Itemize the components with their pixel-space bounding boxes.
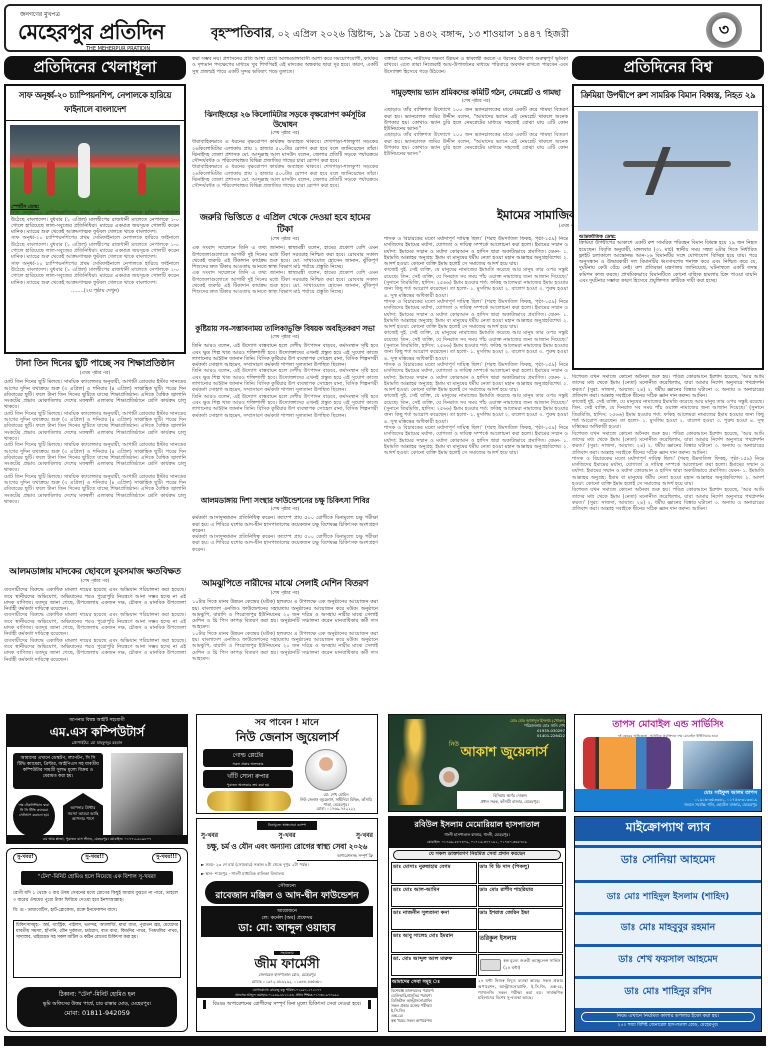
ad-akash-jewellers[interactable]: মোঃ মোঃ আসাদুল ইসলাম (খোকন) পরিচালনায় ম…: [388, 714, 566, 812]
kushtia-body: তিনি আরও বলেন, এই উদ্যোগ বাস্তবায়ন হলে …: [192, 343, 378, 368]
schools-body-cont: মোট তিন দিনের ছুটি মিলছে। সাময়িক ক্যালে…: [4, 411, 186, 442]
lab-banner: নিয়ম এখানে নিয়মিত কালার ডপলার ইকো করা …: [581, 1012, 755, 1022]
sports-headline: সাফ অনূর্ধ্ব-২০ চ্যাম্পিয়নশিপ, নেপালকে …: [6, 86, 184, 121]
ad-taps-mobile[interactable]: তাপস মোবাইল এন্ড সার্ভিসিং দুই বছরের অভি…: [574, 714, 762, 812]
doctor-card: ডাঃ ইশরাত জেরিন ইভা: [478, 908, 564, 930]
taps-footer: মোঃ সাইফুল আলম তাপস ০১৯১৬-৩৫৩৩৬১, ০১৭৫৩-…: [575, 789, 761, 811]
kushtia-headline: কুষ্টিয়ায় সব-সম্ভাবনাময় তালিকাভুক্তি …: [192, 324, 378, 334]
sewing-headline: আমঝুপিতে নারীদের মাঝে সেলাই মেশিন বিতরণ: [192, 578, 378, 590]
imam-body-cont: শাসক ও বিচারকের মতো মর্যাদাপূর্ণ দায়িত্…: [384, 362, 568, 393]
akash-header: মোঃ মোঃ আসাদুল ইসলাম (খোকন) পরিচালনায় ম…: [481, 718, 565, 738]
courtesy-org: রাবেজান মঞ্জিল ও আদ-দ্বীন ফাউন্ডেশন: [207, 891, 367, 902]
lab-doctor: ডাঃ মোঃ শাহিদুল ইসলাম (শাহিদ): [575, 883, 761, 915]
dateline-day: বৃহস্পতিবার: [211, 26, 272, 41]
article-damurhuda: দামুড়হুদায় ভ্যান শ্রমিকদের কমিটি গঠন, …: [384, 88, 568, 206]
imam-body: শাসক ও বিচারকের মতো মর্যাদাপূর্ণ দায়িত্…: [384, 236, 568, 267]
imam-body-col2-text: বিশেষত যখন সমাজে কোনো অনৈক্য শুরু হয়। প…: [572, 374, 764, 399]
eye-camp-sub: (শেষ পৃষ্ঠার পর): [192, 507, 378, 513]
schools-body-cont: মোট তিন দিনের ছুটি মিলছে। সাময়িক ক্যালে…: [4, 474, 186, 505]
doctor-card: ডাঃ বি ডি দাস (পিকলু): [478, 862, 564, 884]
hospital-header: রবিউল ইসলাম মেমোরিয়াল হাসপাতাল গাংনী হা…: [389, 817, 565, 848]
article-eye-camp: আলমডাঙ্গায় দিশা সংস্থার ফাউন্ডেশনের চক্…: [192, 496, 378, 576]
ms-footer: এম আর প্লাজা, পুরাতন বাস স্ট্যান্ড, মেহে…: [7, 835, 187, 843]
computer-products-photo: [111, 753, 183, 837]
contact-2: প্রফেসর আব্দুল ওয়াহাব-০১৯৪৯-৮৮২১৫৩, প্র…: [198, 993, 376, 998]
schools-body: মোট তিন দিনের ছুটি মিলছে। সাময়িক ক্যালে…: [4, 379, 186, 410]
jenas-tag2: খাঁটি সোনা রুপারপুরাতন অলংকার ক্রয় করা …: [203, 770, 293, 788]
lab-doctor: ডাঃ সোনিয়া আহমেদ: [575, 848, 761, 883]
lab-doctor: ডাঃ মোঃ মাহবুবুর রহমান: [575, 915, 761, 947]
sports-body-text: সাফ অনূর্ধ্ব-২০ চ্যাম্পিয়নশিপের প্রথম স…: [11, 210, 179, 235]
hospital-services: আমাদের সেবা সমূহ ঃ বিশেষজ্ঞ ডাক্তারদের প…: [389, 976, 565, 1025]
homeo-address: ভূমি অফিসের উত্তর পার্শ্বে, চার রাস্তার …: [17, 1000, 177, 1009]
article-kushtia: কুষ্টিয়ায় সব-সম্ভাবনাময় তালিকাভুক্তি …: [192, 324, 378, 494]
doctor-card: ডাঃ মোঃ রাশীব শাহরিয়ার: [478, 885, 564, 907]
homeo-badge-2: সু-খবর!!: [81, 853, 108, 863]
su-khobor-2: সু-খবর: [278, 830, 295, 841]
player-figure: [78, 143, 90, 198]
schools-headline: টানা তিন দিনের ছুটি পাচ্ছে সব শিক্ষাপ্রত…: [4, 358, 186, 370]
health-camp-time: ► সময়- ২৩ শে মার্চ (সোমবার) সকাল ৮টা থে…: [197, 861, 377, 870]
damurhuda-sub: (শেষ পৃষ্ঠার পর): [384, 99, 568, 105]
article-schools-closed: টানা তিন দিনের ছুটি পাচ্ছে সব শিক্ষাপ্রত…: [4, 358, 186, 558]
sports-article-box: সাফ অনূর্ধ্ব-২০ চ্যাম্পিয়নশিপ, নেপালকে …: [4, 84, 186, 354]
section-header-world: প্রতিদিনের বিশ্ব: [572, 56, 764, 80]
imam-body-cont: কাজেই দুই. সেই ব্যক্তি, যে মানুষের নামাজ…: [384, 393, 568, 424]
ms-name: এম.এস কম্পিউটার্স: [7, 724, 187, 740]
hospital-address: গাংনী হাসপাতাল বাজার, গাংনী, মেহেরপুর।: [391, 832, 563, 839]
plane-fuselage: [623, 161, 731, 167]
imam-body-cont: শাসক ও বিচারকের মতো মর্যাদাপূর্ণ দায়িত্…: [384, 299, 568, 330]
homeo-address-box: ঠিকানা: "টেন"-মিনিট হোমিও হল ভূমি অফিসের…: [17, 987, 177, 1027]
homeo-banner: "টেন"-মিনিট হোমিও হলে নিয়েছে এক বিশাল স…: [21, 871, 173, 885]
player-figure: [24, 159, 32, 194]
jenas-phone: মোবা: ০১৭৬৯-৭৪২২২২: [297, 807, 375, 812]
alamdanga-headline: আলমডাঙ্গায় মাদকের ছোবলে যুবসমাজ ক্ষতবিক…: [4, 566, 186, 578]
page-number: ৩: [712, 18, 736, 42]
eye-camp-body: কর্মকর্তা আসাদুজ্জামান প্রতিনিধিত্ব করেন…: [192, 515, 378, 534]
vaccine-body-cont: এক সংবাদ সম্মেলনে তিনি এ তথ্য জানান। স্ব…: [192, 270, 378, 295]
services-items: বিশেষজ্ঞ ডাক্তারদের পরামর্শ। ডেলিভারি/প্…: [391, 988, 476, 1023]
jhenaidah-body: ধারাবাহিকভাবে এ ধরনের বৃক্ষরোপণ কার্যক্র…: [192, 139, 378, 164]
ad-new-jenas-jewellers[interactable]: সব পাবেন ! মানে নিউ জেনাস জুয়েলার্স গোল…: [196, 714, 378, 814]
jhenaidah-sub: (শেষ পৃষ্ঠার পর): [192, 131, 378, 137]
dateline: বৃহস্পতিবার, ০২ এপ্রিল ২০২৬ খ্রিষ্টাব্দ,…: [211, 24, 569, 45]
newspaper-page: জনগণের মুখপত্র মেহেরপুর প্রতিদিন THE MEH…: [0, 0, 768, 1058]
imam-body-cont: কাজেই দুই. সেই ব্যক্তি, যে মানুষের নামাজ…: [572, 399, 764, 430]
hospital-doctor-grid: ডাঃ মোসাঃ নুরুন্নাহার বেগম ডাঃ বি ডি দাস…: [389, 862, 565, 976]
pharmacy-address: জেনারেল হাসপাতাল রোড, মেহেরপুর: [197, 972, 377, 979]
sports-body-text-cont: সাফ অনূর্ধ্ব-২০ চ্যাম্পিয়নশিপের প্রথম স…: [11, 235, 179, 260]
kushtia-body-cont: তিনি আরও বলেন, এই উদ্যোগ বাস্তবায়ন হলে …: [192, 368, 378, 393]
taps-name: তাপস মোবাইল এন্ড সার্ভিসিং: [575, 715, 761, 733]
pharmacy-name: জীম ফার্মেসী: [197, 958, 377, 972]
ambulance-card: স্বল্প মূল্যে জরুরী অ্যাম্বুলেন্স সার্ভি…: [478, 954, 564, 976]
kushtia-sub: (শেষ পৃষ্ঠার পর): [192, 335, 378, 341]
jenas-tag1: গোল্ড প্লেটেরসকল প্রকার অলংকার: [203, 749, 293, 767]
homeo-guarantee: রোগী যদি ১ থেকে ৩ বার ঔষধ সেবনের মধ্যে র…: [7, 889, 187, 906]
homeo-address-title: ঠিকানা: "টেন"-মিনিট হোমিও হল: [17, 991, 177, 1000]
dateline-date: , ০২ এপ্রিল ২০২৬ খ্রিষ্টাব্দ, ১৯ চৈত্র ১…: [272, 29, 569, 40]
article-jhenaidah: ঝিনাইদহের ২৬ কিলোমিটার সড়কে বৃক্ষরোপণ ক…: [192, 110, 378, 210]
masthead: জনগণের মুখপত্র মেহেরপুর প্রতিদিন THE MEH…: [4, 4, 762, 52]
sports-body-text-cont: সাফ অনূর্ধ্ব-২০ চ্যাম্পিয়নশিপের প্রথম স…: [11, 261, 179, 286]
jenas-name: নিউ জেনাস জুয়েলার্স: [197, 730, 377, 744]
health-camp-organizer: আয়োজনে লে: কর্নেল (অব) প্রফেসর ডা: মো: …: [201, 906, 373, 937]
health-camp-fee: অপারেশনসহ সম্পূর্ণ ফ্রি: [297, 853, 377, 861]
pharmacy-phone: মোবাঃ ০১৯৭২-৪৮৯২৯২, ০১৩৪৪-৪৬৫৬৮০: [197, 979, 377, 986]
alamdanga-body-cont: ব্যবসায়ীদের বিরুদ্ধে একাধিক মামলা দায়ে…: [4, 638, 186, 663]
crimea-headline: ক্রিমিয়া উপদ্বীপে রুশ সামরিক বিমান বিধ্…: [574, 86, 762, 107]
health-camp-courtesy: সৌজন্যে রাবেজান মঞ্জিল ও আদ-দ্বীন ফাউন্ড…: [205, 881, 369, 904]
ms-header: আপনার বিশ্বস্ত আইটি সহযোগী এম.এস কম্পিউট…: [7, 715, 187, 747]
health-camp-contacts: যোগাযোগে: রাবেজু বন্ধু পরিষদ-০১৯৮১-১৭২১৭…: [197, 987, 377, 998]
damurhuda-body-cont: এছাড়াও তাঁর ব্যক্তিগত উদ্যোগে ১০০ জন ভ্…: [384, 132, 568, 157]
imam-body-col2: বিশেষত যখন সমাজে কোনো অনৈক্য শুরু হয়। প…: [572, 374, 764, 710]
pharmacy-block: সহায়তায় জীম ফার্মেসী জেনারেল হাসপাতাল …: [197, 939, 377, 986]
newspaper-logo-english: THE MEHERPUR PRATIDIN: [86, 44, 150, 52]
homeo-treatments: চিকিৎসাসমূহ:- অর্শ্ব, গ্যাস্ট্রিক, পাইলস…: [13, 920, 181, 978]
lab-footer: নিয়ম এখানে নিয়মিত কালার ডপলার ইকো করা …: [575, 1010, 761, 1031]
vaccine-sub: (শেষ পৃষ্ঠার পর): [192, 237, 378, 243]
schools-body-cont: মোট তিন দিনের ছুটি মিলছে। সাময়িক ক্যালে…: [4, 442, 186, 473]
article-vaccine: জরুরি ভিত্তিতে ৫ এপ্রিল থেকে দেওয়া হবে …: [192, 212, 378, 322]
plane-photo: [578, 111, 758, 231]
pharmacy-label: সহায়তায়: [274, 951, 299, 955]
vaccine-body: এক সংবাদ সম্মেলনে তিনি এ তথ্য জানান। স্ব…: [192, 245, 378, 270]
sewing-body: ১০টার দিকে মানব উন্নয়ন কেন্দ্রের (মউক) …: [192, 599, 378, 630]
health-camp-su-row: সু-খবর সু-খবর সু-খবর: [197, 830, 377, 841]
ms-body: আমাদের এখানে ডেস্কটপ, ল্যাপটপ, সি সি টিভ…: [13, 753, 103, 789]
ms-circle-cctv: দক্ষ টেকনিশিয়ান দ্বারা সি সি টিভি ক্যাম…: [13, 795, 55, 837]
imam-body-cont: কাজেই দুই. সেই ব্যক্তি, যে মানুষের নামাজ…: [384, 267, 568, 298]
ad-robiul-hospital[interactable]: রবিউল ইসলাম মেমোরিয়াল হাসপাতাল গাংনী হা…: [388, 816, 566, 1032]
crimea-body-text: ক্রিমিয়া উপদ্বীপের আকাশে একটি রুশ সামরি…: [579, 240, 757, 284]
gold-jewellery-image: [207, 791, 291, 811]
imam-body-cont: শাসক ও বিচারকের মতো মর্যাদাপূর্ণ দায়িত্…: [384, 425, 568, 456]
doctor-name: ডা: মো: আব্দুল ওয়াহাব: [203, 923, 371, 935]
service-item: স্বল্প খরচে সকল অপারেশন।: [391, 1018, 476, 1023]
lab-doctor: ডাঃ শেখ ফয়সাল আহমেদ: [575, 947, 761, 979]
akash-phone2: 01401-226422: [481, 733, 565, 738]
ms-printer-badge: আপনার প্রিন্টার সমস্যা আমরা আছি আপনার পা…: [63, 793, 103, 835]
services-title: আমাদের সেবা সমূহ ঃ: [391, 978, 476, 988]
akash-address-box: হিসিয়াম স্বর্ণের দোকান প্রধান সড়ক, কাঁ…: [457, 791, 563, 809]
doctor-card: ডাঃ মোসাঃ নুরুন্নাহার বেগম: [391, 862, 477, 884]
ad-health-camp[interactable]: বিনামূল্যে স্বাস্থ্যসেবা ক্যাম্প সু-খবর …: [196, 818, 378, 1032]
damurhuda-headline: দামুড়হুদায় ভ্যান শ্রমিকদের কমিটি গঠন, …: [384, 88, 568, 98]
ad-ten-minute-homeo[interactable]: সু-খবর! সু-খবর!! সু-খবর!!! "টেন"-মিনিট হ…: [6, 848, 188, 1032]
hospital-phone: মোবাইল: ০১৭৬৬-৫৮৭৪০৯, ০১৭১৬-৩৭৭১৯১, ০১৭৪…: [391, 839, 563, 846]
imam-body-col1: শাসক ও বিচারকের মতো মর্যাদাপূর্ণ দায়িত্…: [384, 236, 568, 710]
akash-owner-photo: [439, 767, 459, 787]
taps-address: জবনে সর্বোচ্চ গলি, হোটেল বাজার, মেহেরপুর: [579, 802, 757, 808]
su-khobor-3: সু-খবর: [356, 830, 373, 841]
sewing-sub: (শেষ পৃষ্ঠার পর): [192, 591, 378, 597]
eye-camp-body-cont: কর্মকর্তা আসাদুজ্জামান প্রতিনিধিত্ব করেন…: [192, 534, 378, 553]
lab-doctor: ডাঃ মোঃ শাহিনুর রশিদ: [575, 979, 761, 1011]
services-list: আমাদের সেবা সমূহ ঃ বিশেষজ্ঞ ডাক্তারদের প…: [391, 978, 476, 1023]
health-camp-headline: চক্ষু, চর্ম ও যৌন এবং অন্যান্য রোগের স্ব…: [197, 841, 377, 853]
doctor-card: ডা. মোঃ আব্দুল আল মারুফ: [391, 954, 477, 976]
imam-body-cont: বিশেষত যখন সমাজে কোনো অনৈক্য শুরু হয়। প…: [572, 487, 764, 512]
imam-body-cont: কাজেই দুই. সেই ব্যক্তি, যে মানুষের নামাজ…: [384, 330, 568, 361]
jenas-tag1-sub: সকল প্রকার অলংকার: [203, 761, 293, 768]
doctor-card: ডাঃ মোঃ আল-আমিন: [391, 885, 477, 907]
ambulance-icon: [480, 959, 502, 971]
article-sewing: আমঝুপিতে নারীদের মাঝে সেলাই মেশিন বিতরণ …: [192, 578, 378, 706]
hospital-doctors-banner: যে সকল ডাক্তারগণ নিয়মিত সেবা প্রদান করছ…: [393, 850, 561, 860]
jenas-top: সব পাবেন ! মানে: [197, 715, 377, 730]
damurhuda-body: এছাড়াও তাঁর ব্যক্তিগত উদ্যোগে ১০০ জন ভ্…: [384, 107, 568, 132]
gold-ornaments-image: [393, 719, 437, 805]
courtesy-label: সৌজন্যে: [207, 883, 367, 891]
akash-address: প্রধান সড়ক, কাঁসারী বাজার, মেহেরপুর।: [460, 799, 560, 805]
vaccine-headline: জরুরি ভিত্তিতে ৫ এপ্রিল থেকে দেওয়া হবে …: [192, 212, 378, 236]
jenas-tag2-sub: পুরাতন অলংকার ক্রয় করা হয়: [203, 782, 293, 789]
continued-note: ........(২য় পৃষ্ঠায় দেখুন): [11, 288, 179, 294]
alamdanga-conclusion: করা সম্ভব নয়। প্রশাসনের প্রতি আস্থা রেখ…: [192, 56, 378, 108]
crimea-body: আন্তর্জাতিক ডেস্ক: ক্রিমিয়া উপদ্বীপের আ…: [579, 234, 757, 366]
doctor-card: ডাঃ নাজনীন সুলতানা কনা: [391, 908, 477, 930]
player-figure: [47, 161, 55, 196]
homeo-badges: সু-খবর! সু-খবর!! সু-খবর!!!: [7, 849, 187, 867]
page-bottom-bar: [4, 1036, 766, 1046]
lab-address: ২৫০ শয্যা বিশিষ্ট জেনারেল হাসপাতাল রোড, …: [577, 1022, 759, 1029]
player-figure: [138, 163, 146, 195]
organizer-label: আয়োজনে: [203, 908, 371, 915]
services-text: ২৪ ঘন্টা নিজস্ব বিদ্যুৎ ব্যবস্থা আছে। সক…: [478, 978, 563, 1023]
imam-body-cont: শাসক ও বিচারকের মতো মর্যাদাপূর্ণ দায়িত্…: [572, 456, 764, 487]
homeo-phone: মোবা: 01811-942059: [17, 1009, 177, 1018]
health-camp-place: ► স্থান- শ্যামপুর - গাংনী মাধ্যমিক বালিক…: [197, 870, 377, 879]
article-alamdanga: আলমডাঙ্গায় মাদকের ছোবলে যুবসমাজ ক্ষতবিক…: [4, 566, 186, 706]
jhenaidah-headline: ঝিনাইদহের ২৬ কিলোমিটার সড়কে বৃক্ষরোপণ ক…: [192, 110, 378, 130]
section-header-sports: প্রতিদিনের খেলাধূলা: [4, 56, 186, 80]
homeo-badge-3: সু-খবর!!!: [152, 853, 181, 863]
football-photo: [10, 125, 180, 215]
jenas-contact: মো: শেখ মোমিন নিউ জেনাস জুয়েলার্স, সাহী…: [297, 793, 375, 812]
jhenaidah-body-cont: ধারাবাহিকভাবে এ ধরনের বৃক্ষরোপণ কার্যক্র…: [192, 164, 378, 189]
world-article-box: ক্রিমিয়া উপদ্বীপে রুশ সামরিক বিমান বিধ্…: [572, 84, 764, 370]
smartphones-image: [583, 737, 671, 789]
imam-body-cont: বিশেষত যখন সমাজে কোনো অনৈক্য শুরু হয়। প…: [572, 431, 764, 456]
schools-sub: (প্রথম পৃষ্ঠার পর): [4, 371, 186, 377]
alamdanga-sub: (শেষ পৃষ্ঠার পর): [4, 579, 186, 585]
sports-body: স্পোর্টস ডেস্ক: সাফ অনূর্ধ্ব-২০ চ্যাম্পি…: [11, 204, 179, 294]
health-camp-note: বিঃদ্রঃ অপারেশনের রোগীদের সম্পূর্ণ বিনা …: [203, 1000, 371, 1009]
lab-name: মাইক্রোপ্যাথ ল্যাব: [575, 817, 761, 841]
hospital-name: রবিউল ইসলাম মেমোরিয়াল হাসপাতাল: [391, 819, 563, 832]
alamdanga-body-cont: ব্যবসায়ীদের বিরুদ্ধে একাধিক মামলা দায়ে…: [4, 612, 186, 637]
eye-camp-headline: আলমডাঙ্গায় দিশা সংস্থার ফাউন্ডেশনের চক্…: [192, 496, 378, 506]
health-camp-badge: বিনামূল্যে স্বাস্থ্যসেবা ক্যাম্প: [257, 821, 317, 830]
doctor-card: ডাঃ আবু সালেহ মোঃ ইমরান: [391, 931, 477, 953]
doctor-title: লে: কর্নেল (অব) প্রফেসর: [203, 915, 371, 923]
homeo-badge-1: সু-খবর!: [13, 853, 37, 863]
ambulance-text: স্বল্প মূল্যে জরুরী অ্যাম্বুলেন্স সার্ভি…: [503, 958, 561, 972]
su-khobor-1: সু-খবর: [201, 830, 218, 841]
sewing-conclusion: বক্তারা বলেন, নারীদের দক্ষতা উন্নয়ন ও স…: [384, 56, 568, 86]
jenas-tag1-text: গোল্ড প্লেটের: [203, 750, 293, 761]
page-number-badge: ৩: [706, 12, 742, 48]
homeo-note: বি: দ্র:- ডায়াবেটিস, হার্ট-ব্লোকেজ, রক্…: [7, 906, 187, 917]
plane-wing: [645, 147, 670, 195]
kushtia-body-cont: তিনি আরও বলেন, এই উদ্যোগ বাস্তবায়ন হলে …: [192, 394, 378, 419]
sewing-body-cont: ১০টার দিকে মানব উন্নয়ন কেন্দ্রের (মউক) …: [192, 631, 378, 662]
owner-portrait: [305, 749, 347, 791]
ms-sub: প্রোপাইটর: মো মাহফুজুর রহমান: [7, 740, 187, 747]
doctor-card: তরিকুল ইসলাম: [478, 931, 564, 953]
ad-microppath-lab[interactable]: মাইক্রোপ্যাথ ল্যাব ডাঃ সোনিয়া আহমেদ ডাঃ…: [574, 816, 762, 1032]
ms-top: আপনার বিশ্বস্ত আইটি সহযোগী: [7, 717, 187, 724]
akash-name: আকাশ জুয়েলার্স: [449, 745, 559, 761]
smartphones-image-2: [683, 741, 753, 789]
ad-ms-computers[interactable]: আপনার বিশ্বস্ত আইটি সহযোগী এম.এস কম্পিউট…: [6, 714, 188, 844]
jenas-tag2-text: খাঁটি সোনা রুপার: [203, 771, 293, 782]
alamdanga-body: ব্যবসায়ীদের বিরুদ্ধে একাধিক মামলা দায়ে…: [4, 587, 186, 612]
